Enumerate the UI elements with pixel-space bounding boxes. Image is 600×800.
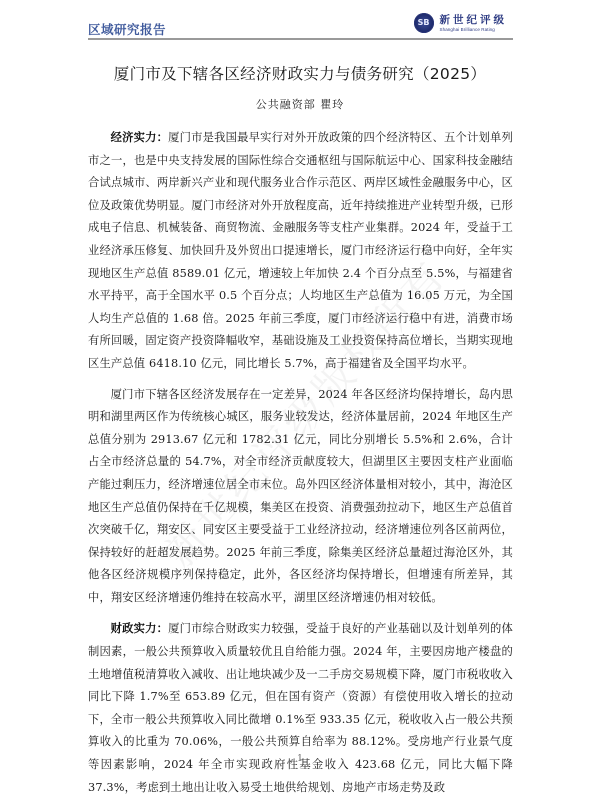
paragraph-lead: 财政实力： <box>111 621 169 635</box>
paragraph-economic-strength: 经济实力：厦门市是我国最早实行对外开放政策的四个经济特区、五个计划单列市之一，也… <box>88 126 513 376</box>
paragraph-text: 厦门市综合财政实力较强，受益于良好的产业基础以及计划单列的体制因素，一般公共预算… <box>88 622 513 793</box>
document-title: 厦门市及下辖各区经济财政实力与债务研究（2025） <box>0 62 600 84</box>
logo-emblem-icon: SB <box>414 13 434 33</box>
brand-logo: SB 新世纪评级 Shanghai Brilliance Rating <box>414 11 508 35</box>
section-label: 区域研究报告 <box>88 20 166 38</box>
page-header: 区域研究报告 SB 新世纪评级 Shanghai Brilliance Rati… <box>88 0 513 40</box>
logo-emblem-glyph: SB <box>418 19 430 27</box>
header-divider <box>88 38 513 40</box>
author-line: 公共融资部 瞿玲 <box>0 96 600 112</box>
logo-text: 新世纪评级 Shanghai Brilliance Rating <box>440 14 508 33</box>
paragraph-fiscal-strength: 财政实力：厦门市综合财政实力较强，受益于良好的产业基础以及计划单列的体制因素，一… <box>88 617 513 799</box>
logo-name-cn: 新世纪评级 <box>440 14 508 26</box>
page-number: 1 <box>0 754 600 764</box>
document-body: 经济实力：厦门市是我国最早实行对外开放政策的四个经济特区、五个计划单列市之一，也… <box>88 126 513 800</box>
paragraph-text: 厦门市下辖各区经济发展存在一定差异，2024 年各区经济均保持增长，岛内思明和湖… <box>88 388 513 604</box>
paragraph-text: 厦门市是我国最早实行对外开放政策的四个经济特区、五个计划单列市之一，也是中央支持… <box>88 131 513 370</box>
paragraph-district-economy: 厦门市下辖各区经济发展存在一定差异，2024 年各区经济均保持增长，岛内思明和湖… <box>88 384 513 610</box>
logo-name-en: Shanghai Brilliance Rating <box>440 26 508 33</box>
paragraph-lead: 经济实力： <box>111 130 169 144</box>
